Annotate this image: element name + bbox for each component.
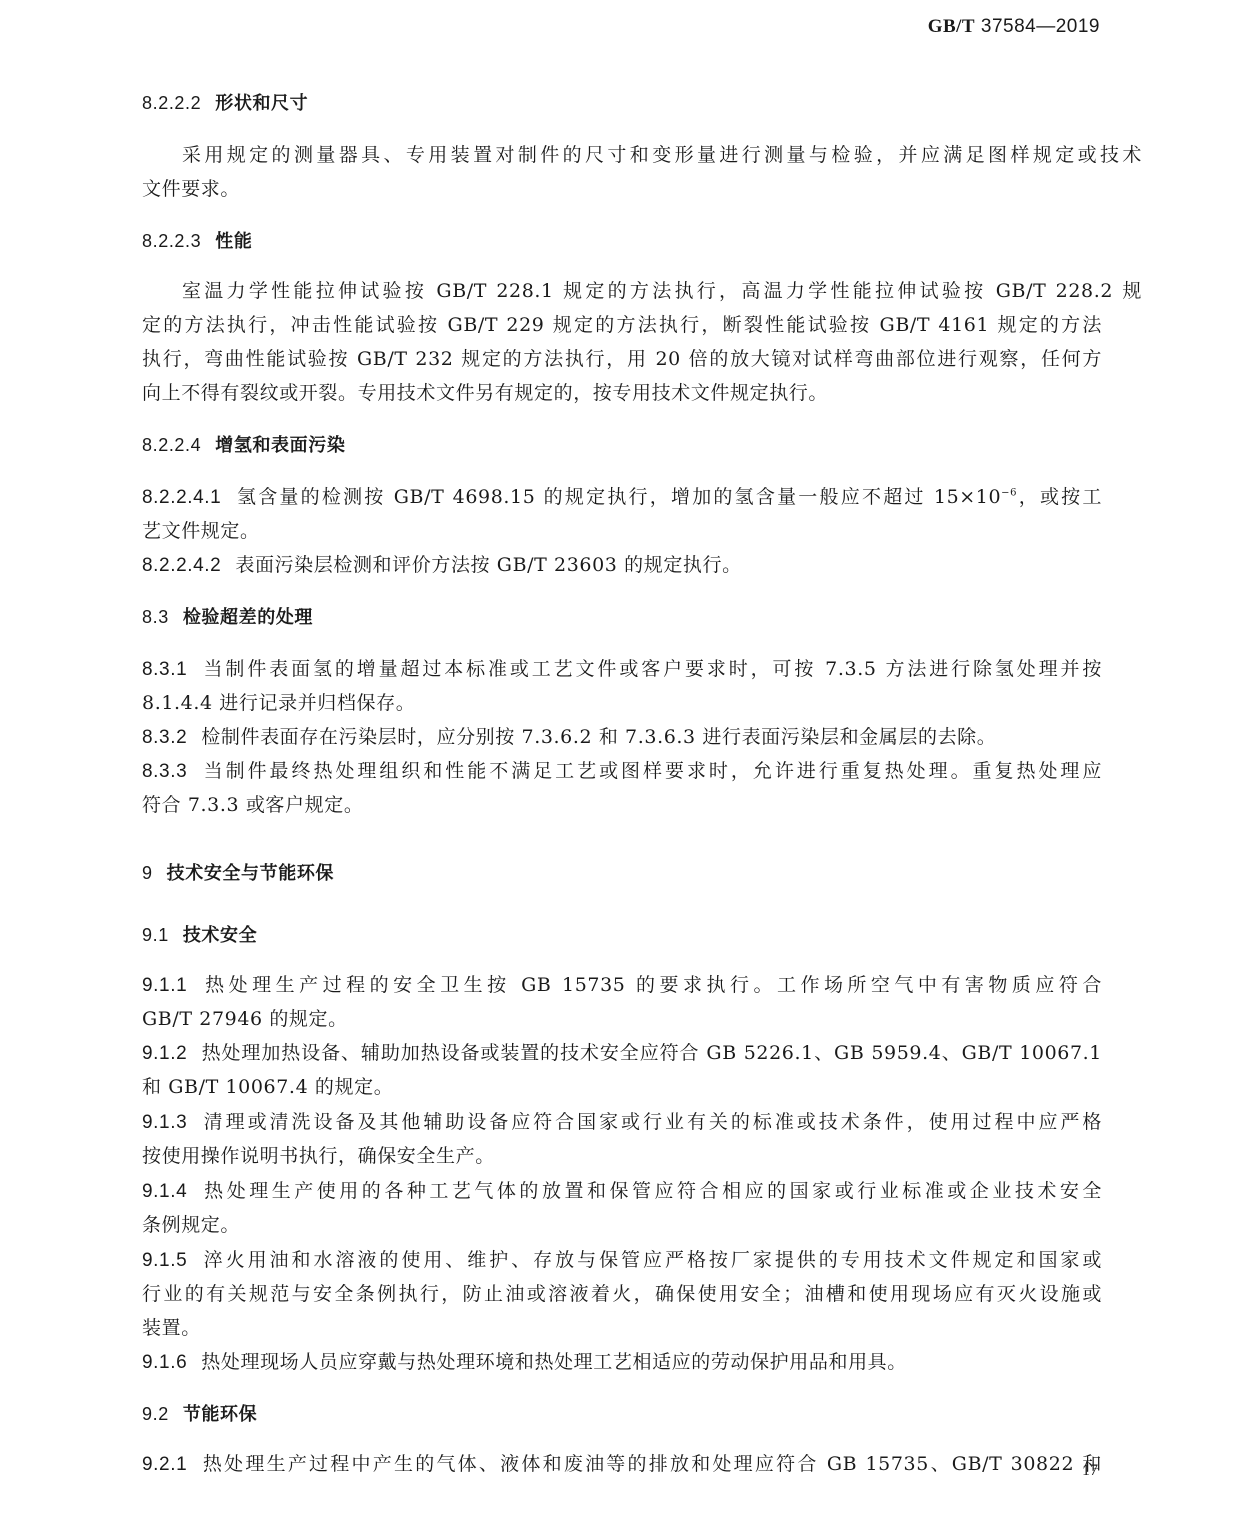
clause-9-1-6: 9.1.6热处理现场人员应穿戴与热处理环境和热处理工艺相适应的劳动保护用品和用具… xyxy=(142,1345,1102,1380)
paragraph-line: GB/T 27946 的规定。 xyxy=(142,1002,1102,1036)
heading-8-2-2-4: 8.2.2.4增氢和表面污染 xyxy=(142,428,1102,463)
heading-8-2-2-2: 8.2.2.2形状和尺寸 xyxy=(142,86,1102,121)
clause-9-1-2: 9.1.2热处理加热设备、辅助加热设备或装置的技术安全应符合 GB 5226.1… xyxy=(142,1036,1102,1071)
paragraph-line: 室温力学性能拉伸试验按 GB/T 228.1 规定的方法执行，高温力学性能拉伸试… xyxy=(142,274,1142,308)
standard-number: 37584—2019 xyxy=(981,16,1100,37)
paragraph-line: 8.1.4.4 进行记录并归档保存。 xyxy=(142,686,1102,720)
clause-8-3-2: 8.3.2检制件表面存在污染层时，应分别按 7.3.6.2 和 7.3.6.3 … xyxy=(142,720,1102,755)
clause-9-2-1: 9.2.1热处理生产过程中产生的气体、液体和废油等的排放和处理应符合 GB 15… xyxy=(142,1447,1102,1482)
paragraph-line: 和 GB/T 10067.4 的规定。 xyxy=(142,1070,1102,1104)
paragraph-line: 执行，弯曲性能试验按 GB/T 232 规定的方法执行，用 20 倍的放大镜对试… xyxy=(142,342,1102,376)
clause-8-3-3: 8.3.3当制件最终热处理组织和性能不满足工艺或图样要求时，允许进行重复热处理。… xyxy=(142,754,1102,789)
paragraph-line: 采用规定的测量器具、专用装置对制件的尺寸和变形量进行测量与检验，并应满足图样规定… xyxy=(142,138,1142,172)
paragraph-line: 定的方法执行，冲击性能试验按 GB/T 229 规定的方法执行，断裂性能试验按 … xyxy=(142,308,1102,342)
heading-8-3: 8.3检验超差的处理 xyxy=(142,600,1102,635)
heading-8-2-2-3: 8.2.2.3性能 xyxy=(142,224,1102,259)
standard-header: GB/T 37584—2019 xyxy=(928,16,1100,38)
clause-9-1-4: 9.1.4热处理生产使用的各种工艺气体的放置和保管应符合相应的国家或行业标准或企… xyxy=(142,1174,1102,1209)
clause-9-1-1: 9.1.1热处理生产过程的安全卫生按 GB 15735 的要求执行。工作场所空气… xyxy=(142,968,1102,1003)
paragraph-line: 条例规定。 xyxy=(142,1208,1102,1242)
paragraph-line: 艺文件规定。 xyxy=(142,514,1102,548)
paragraph-line: 文件要求。 xyxy=(142,172,1102,206)
heading-9-1: 9.1技术安全 xyxy=(142,918,1102,953)
paragraph-line: 装置。 xyxy=(142,1311,1102,1345)
paragraph-line: 行业的有关规范与安全条例执行，防止油或溶液着火，确保使用安全；油槽和使用现场应有… xyxy=(142,1277,1102,1311)
standard-code: GB/T xyxy=(928,16,975,37)
clause-9-1-3: 9.1.3清理或清洗设备及其他辅助设备应符合国家或行业有关的标准或技术条件，使用… xyxy=(142,1105,1102,1140)
heading-9-2: 9.2节能环保 xyxy=(142,1397,1102,1432)
page-number: 17 xyxy=(1082,1462,1098,1480)
clause-8-3-1: 8.3.1当制件表面氢的增量超过本标准或工艺文件或客户要求时，可按 7.3.5 … xyxy=(142,652,1102,687)
clause-8-2-2-4-2: 8.2.2.4.2表面污染层检测和评价方法按 GB/T 23603 的规定执行。 xyxy=(142,548,1102,583)
paragraph-line: 符合 7.3.3 或客户规定。 xyxy=(142,788,1102,822)
clause-9-1-5: 9.1.5淬火用油和水溶液的使用、维护、存放与保管应严格按厂家提供的专用技术文件… xyxy=(142,1243,1102,1278)
clause-8-2-2-4-1: 8.2.2.4.1氢含量的检测按 GB/T 4698.15 的规定执行，增加的氢… xyxy=(142,480,1102,515)
paragraph-line: 按使用操作说明书执行，确保安全生产。 xyxy=(142,1139,1102,1173)
paragraph-line: 向上不得有裂纹或开裂。专用技术文件另有规定的，按专用技术文件规定执行。 xyxy=(142,376,1102,410)
heading-9: 9技术安全与节能环保 xyxy=(142,856,1102,891)
